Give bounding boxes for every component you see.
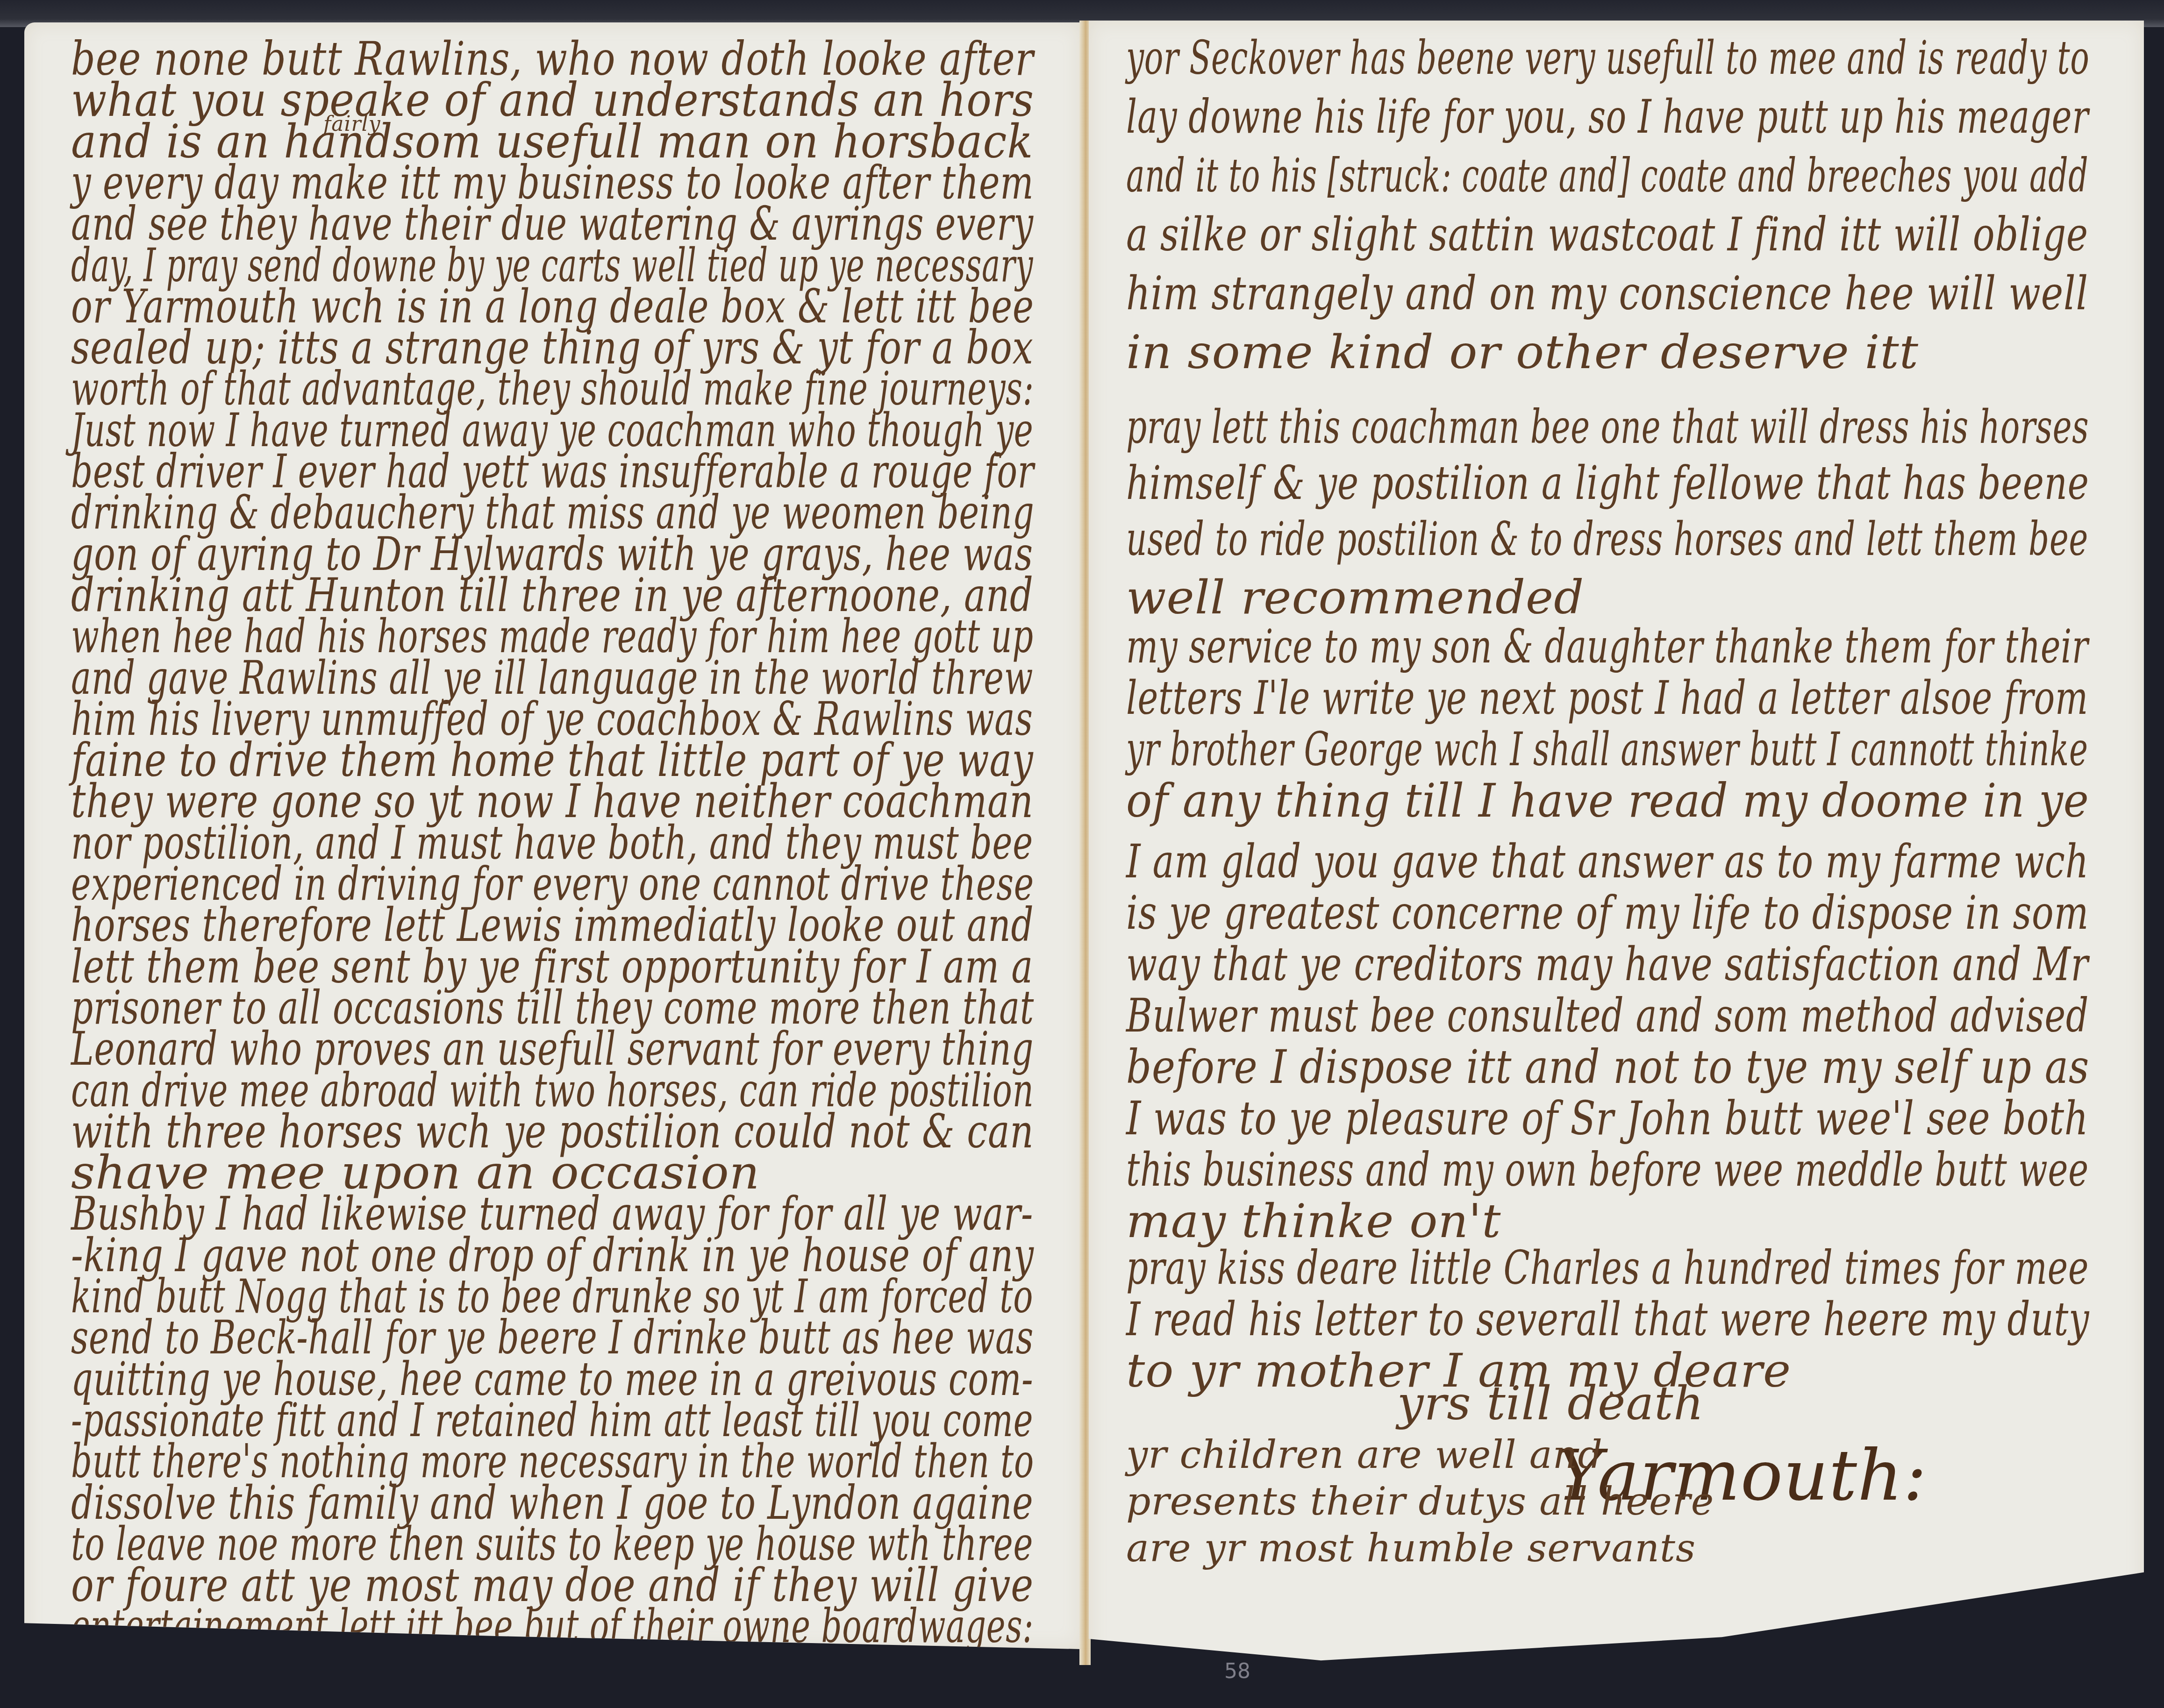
- manuscript-line: a silke or slight sattin wastcoat I find…: [1126, 211, 2088, 258]
- manuscript-line: is ye greatest concerne of my life to di…: [1126, 890, 2089, 936]
- manuscript-line: yr brother George wch I shall answer but…: [1126, 726, 2088, 773]
- manuscript-line: in some kind or other deserve itt: [1126, 329, 1919, 376]
- manuscript-line: entertainement lett itt bee but of their…: [71, 1603, 1034, 1650]
- manuscript-line: Bulwer must bee consulted and som method…: [1126, 992, 2089, 1039]
- manuscript-line: and it to his [struck: coate and] coate …: [1126, 152, 2088, 199]
- manuscript-line: this business and my own before wee medd…: [1126, 1146, 2089, 1193]
- postscript-line: are yr most humble servants: [1126, 1530, 1696, 1568]
- manuscript-line: himself & ye postilion a light fellowe t…: [1126, 460, 2089, 506]
- manuscript-line: may thinke on't: [1126, 1198, 1501, 1245]
- postscript-line: presents their dutys all heere: [1126, 1483, 1714, 1521]
- folio-number: 58: [1224, 1659, 1250, 1683]
- manuscript-line: pray lett this coachman bee one that wil…: [1126, 404, 2089, 450]
- manuscript-line: before I dispose itt and not to tye my s…: [1126, 1044, 2089, 1090]
- postscript-line: yr children are well and: [1126, 1436, 1603, 1474]
- manuscript-line: well recommended: [1126, 574, 1584, 621]
- interlinear-insertion: fairly: [323, 114, 381, 135]
- manuscript-line: used to ride postilion & to dress horses…: [1126, 516, 2088, 562]
- manuscript-line: letters I'le write ye next post I had a …: [1126, 675, 2088, 721]
- left-page: bee none butt Rawlins, who now doth look…: [24, 22, 1081, 1649]
- manuscript-line: I am glad you gave that answer as to my …: [1126, 838, 2089, 885]
- manuscript-line: yor Seckover has beene very usefull to m…: [1126, 35, 2090, 81]
- right-page: yor Seckover has beene very usefull to m…: [1089, 21, 2144, 1684]
- manuscript-line: him strangely and on my conscience hee w…: [1126, 270, 2088, 317]
- manuscript-line: I read his letter to severall that were …: [1126, 1296, 2089, 1343]
- manuscript-line: I was to ye pleasure of Sr John butt wee…: [1126, 1095, 2088, 1142]
- manuscript-line: pray kiss deare little Charles a hundred…: [1126, 1245, 2089, 1291]
- manuscript-line: my service to my son & daughter thanke t…: [1126, 623, 2088, 670]
- manuscript-line: lay downe his life for you, so I have pu…: [1126, 93, 2089, 140]
- manuscript-line: way that ye creditors may have satisfact…: [1126, 941, 2088, 988]
- letter-closing: yrs till death: [1397, 1380, 1704, 1427]
- manuscript-line: of any thing till I have read my doome i…: [1126, 777, 2089, 824]
